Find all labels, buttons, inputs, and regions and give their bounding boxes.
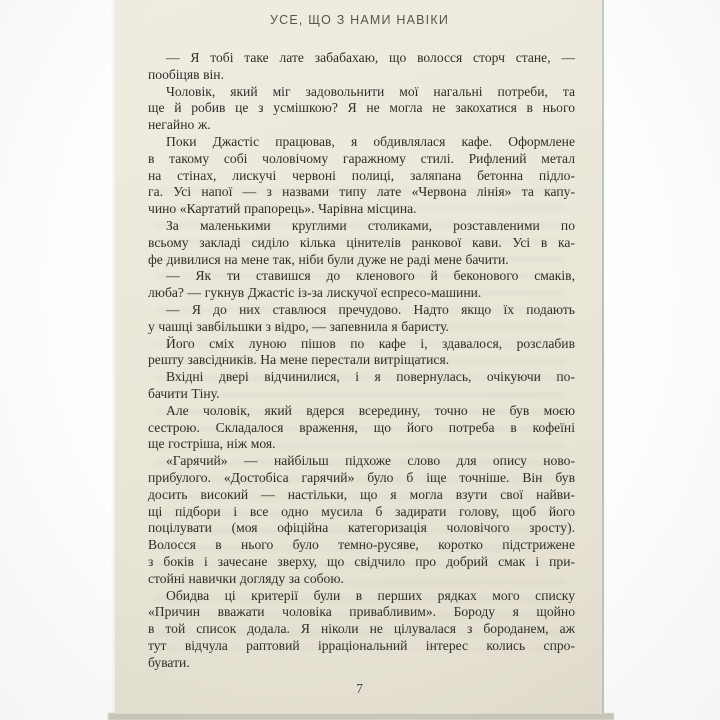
- paragraph: «Гарячий» — найбільш підхоже слово для о…: [148, 453, 575, 587]
- text-line: — Я до них ставлюся пречудово. Надто якщ…: [148, 302, 575, 319]
- page-right-edge: [602, 0, 604, 714]
- text-line: на стінах, лискучі червоні полиці, заляп…: [148, 168, 575, 185]
- paragraph: — Як ти ставишся до кленового й беконово…: [148, 268, 575, 302]
- text-line: Чоловік, який міг задовольнити мої нагал…: [148, 84, 575, 101]
- text-line: сестрою. Складалося враження, що його по…: [148, 420, 575, 437]
- paragraph: Поки Джастіс працював, я обдивлялася каф…: [148, 134, 575, 218]
- text-line: ще й робив це з усмішкою? Я не могла не …: [148, 100, 575, 117]
- text-line: га. Усі напої — з назвами типу лате «Чер…: [148, 184, 575, 201]
- book-page: УСЕ, ЩО З НАМИ НАВІКИ — Я тобі таке лате…: [115, 0, 604, 714]
- text-line: — Я тобі таке лате забабахаю, що волосся…: [148, 50, 575, 67]
- text-line: бачити Тіну.: [148, 386, 575, 403]
- text-line: з боків і зачесане зверху, що свідчило п…: [148, 554, 575, 571]
- paragraph: Вхідні двері відчинилися, і я повернулас…: [148, 369, 575, 403]
- paragraph: — Я до них ставлюся пречудово. Надто якщ…: [148, 302, 575, 336]
- text-line: ще гостріша, ніж моя.: [148, 436, 575, 453]
- text-line: прибулого. «Достобіса гарячий» було б іщ…: [148, 470, 575, 487]
- text-line: «Гарячий» — найбільш підхоже слово для о…: [148, 453, 575, 470]
- paragraph: Його сміх луною пішов по кафе і, здавало…: [148, 336, 575, 370]
- paragraph: Чоловік, який міг задовольнити мої нагал…: [148, 84, 575, 134]
- page-bottom-shadow: [108, 713, 614, 720]
- text-line: Його сміх луною пішов по кафе і, здавало…: [148, 336, 575, 353]
- text-line: досить високий — настільки, що я могла в…: [148, 487, 575, 504]
- running-head: УСЕ, ЩО З НАМИ НАВІКИ: [115, 13, 604, 27]
- text-line: Але чоловік, який вдерся всередину, точн…: [148, 403, 575, 420]
- text-line: стойні навички догляду за собою.: [148, 571, 575, 588]
- text-line: Вхідні двері відчинилися, і я повернулас…: [148, 369, 575, 386]
- text-line: решту завсідників. На мене перестали вит…: [148, 352, 575, 369]
- text-line: Волосся в нього було темно-русяве, корот…: [148, 537, 575, 554]
- paragraph: За маленькими круглими столиками, розста…: [148, 218, 575, 268]
- text-line: Обидва ці критерії були в перших рядках …: [148, 588, 575, 605]
- text-line: в той список додала. Я ніколи не цілувал…: [148, 621, 575, 638]
- text-line: щі підбори і все одно мусила б задирати …: [148, 504, 575, 521]
- body-text: — Я тобі таке лате забабахаю, що волосся…: [148, 50, 575, 671]
- text-line: пообіцяв він.: [148, 67, 575, 84]
- text-line: люба? — гукнув Джастіс із-за лискучої ес…: [148, 285, 575, 302]
- text-line: «Причин вважати чоловіка привабливим». Б…: [148, 604, 575, 621]
- book-photo: УСЕ, ЩО З НАМИ НАВІКИ — Я тобі таке лате…: [0, 0, 720, 720]
- page-number: 7: [115, 681, 604, 697]
- text-line: негайно ж.: [148, 117, 575, 134]
- text-line: фе дивилися на мене так, ніби були дуже …: [148, 252, 575, 269]
- text-line: бувати.: [148, 655, 575, 672]
- text-line: в такому собі чоловічому гаражному стилі…: [148, 151, 575, 168]
- text-line: — Як ти ставишся до кленового й беконово…: [148, 268, 575, 285]
- text-line: Поки Джастіс працював, я обдивлялася каф…: [148, 134, 575, 151]
- paragraph: Обидва ці критерії були в перших рядках …: [148, 588, 575, 672]
- paragraph: — Я тобі таке лате забабахаю, що волосся…: [148, 50, 575, 84]
- text-line: чино «Картатий прапорець». Чарівна місци…: [148, 201, 575, 218]
- text-line: тут відчула раптовий ірраціональний інте…: [148, 638, 575, 655]
- text-line: За маленькими круглими столиками, розста…: [148, 218, 575, 235]
- text-line: всьому закладі сиділо кілька цінителів р…: [148, 235, 575, 252]
- text-line: поцілувати (моя офіційна категоризація ч…: [148, 520, 575, 537]
- paragraph: Але чоловік, який вдерся всередину, точн…: [148, 403, 575, 453]
- text-line: у чашці завбільшки з відро, — запевнила …: [148, 319, 575, 336]
